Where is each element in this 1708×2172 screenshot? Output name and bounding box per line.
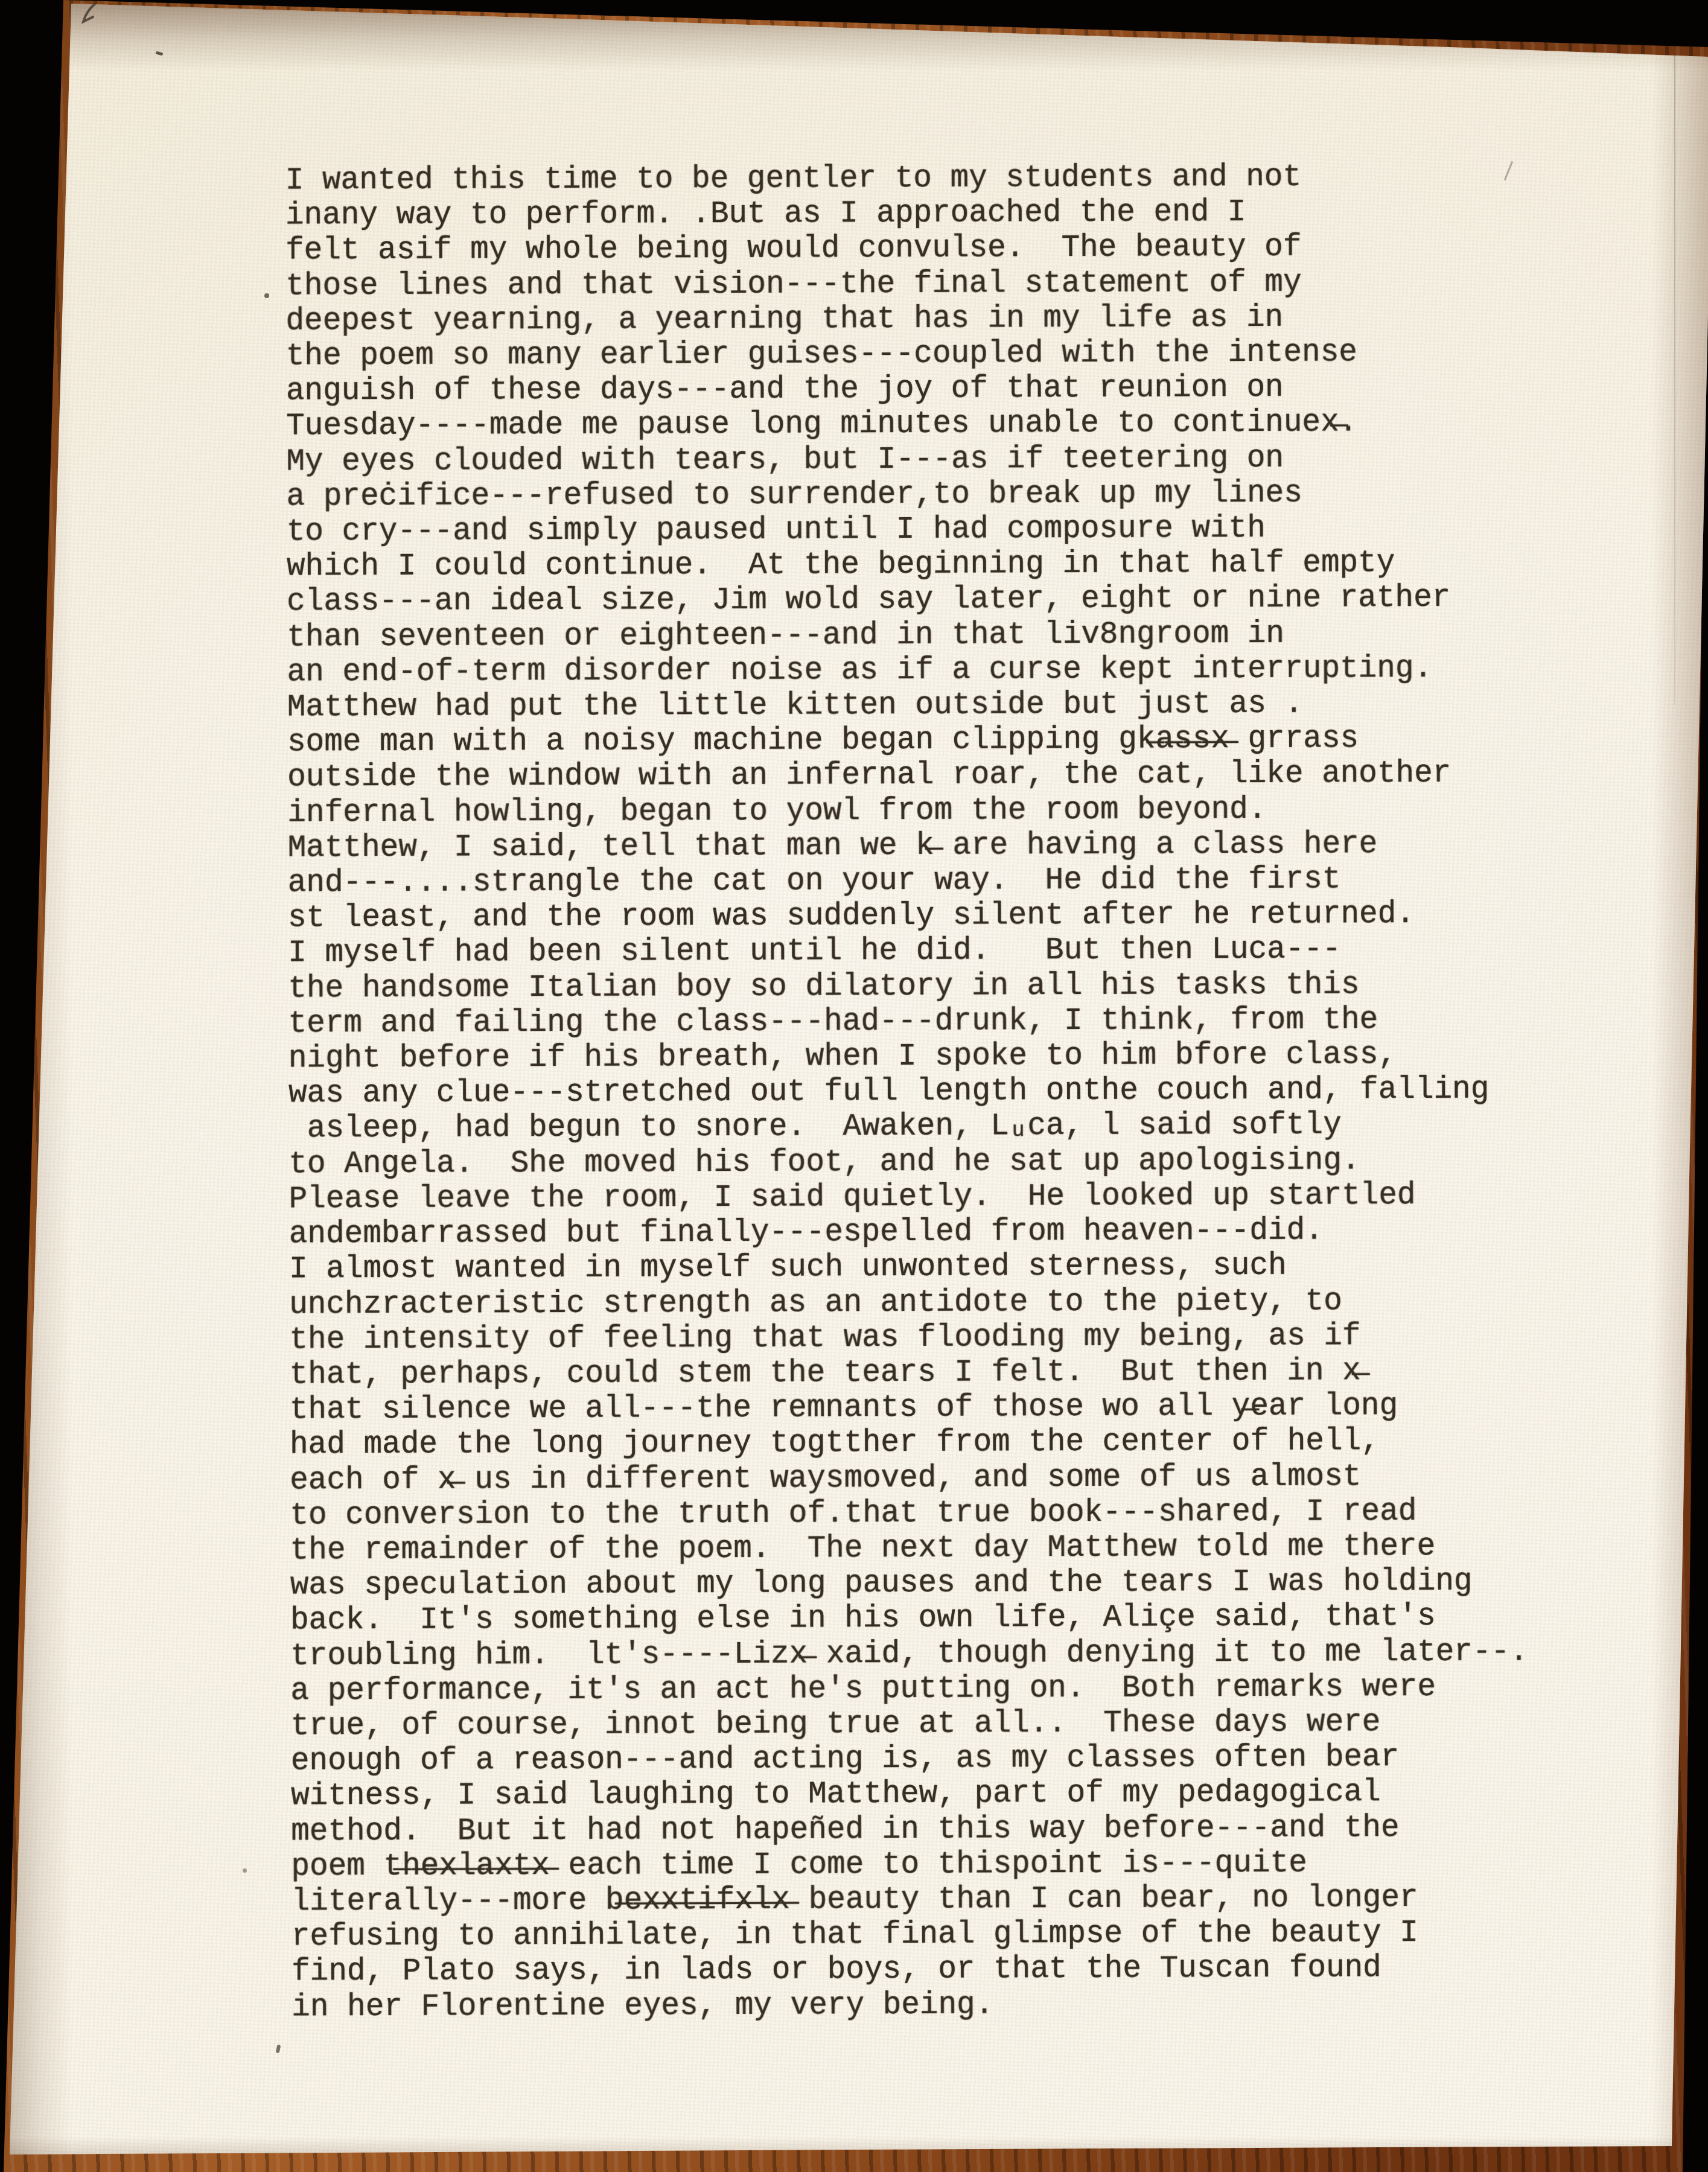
typed-line: I wanted this time to be gentler to my s… <box>285 159 1523 199</box>
typed-line: My eyes clouded with tears, but I---as i… <box>286 441 1524 480</box>
typed-line: to conversion to the truth of.that true … <box>290 1494 1528 1533</box>
typed-text: I wanted this time to be gentler to my s… <box>285 159 1529 2025</box>
typed-line: asleep, had begun to snore. Awaken, Lᵤca… <box>288 1108 1526 1147</box>
typed-line: witness, I said laughing to Matthew, par… <box>291 1775 1529 1815</box>
typed-line: find, Plato says, in lads or boys, or th… <box>292 1951 1529 1990</box>
typed-line: Matthew, I said, tell that man we k̶ are… <box>287 827 1525 866</box>
typed-line: in her Florentine eyes, my very being. <box>292 1986 1529 2025</box>
typed-line: than seventeen or eighteen---and in that… <box>287 616 1525 655</box>
typed-line: refusing to annihilate, in that final gl… <box>292 1916 1529 1955</box>
typed-line: troubling him. lt's----Lizx̶ xaid, thoug… <box>290 1635 1528 1674</box>
typed-line: that silence we all---the remnants of th… <box>290 1389 1528 1428</box>
typed-line: unchzracteristic strength as an antidote… <box>289 1284 1527 1323</box>
typed-line: to Angela. She moved his foot, and he sa… <box>288 1143 1526 1182</box>
typed-line: Please leave the room, I said quietly. H… <box>289 1178 1527 1217</box>
typed-line: the handsome Italian boy so dilatory in … <box>288 967 1526 1007</box>
typed-line: poem t̶h̶e̶x̶l̶a̶x̶t̶x̶ each time I come… <box>291 1846 1529 1885</box>
paper-crease-line <box>1674 53 1675 705</box>
typed-line: to cry---and simply paused until I had c… <box>287 511 1525 550</box>
typed-line: felt asif my whole being would convulse.… <box>285 230 1523 269</box>
pen-squiggle-mark <box>72 0 115 42</box>
typed-line: the intensity of feeling that was floodi… <box>289 1319 1527 1358</box>
scanned-photo: I wanted this time to be gentler to my s… <box>0 0 1708 2172</box>
typed-line: each of x̶ us in different waysmoved, an… <box>290 1459 1528 1498</box>
typed-line: Tuesday----made me pause long minutes un… <box>286 406 1524 445</box>
typed-line: enough of a reason---and acting is, as m… <box>291 1740 1529 1780</box>
typed-line: an end-of-term disorder noise as if a cu… <box>287 651 1525 690</box>
margin-dot-poem-line <box>243 1868 247 1873</box>
typed-line: was speculation about my long pauses and… <box>290 1565 1528 1604</box>
typed-line: that, perhaps, could stem the tears I fe… <box>290 1354 1528 1393</box>
typed-line: outside the window with an infernal roar… <box>287 757 1525 796</box>
typed-line: which I could continue. At the beginning… <box>287 546 1525 585</box>
typed-line: st least, and the room was suddenly sile… <box>288 897 1526 937</box>
typed-line: literally---more b̶e̶x̶x̶t̶i̶f̶x̶l̶x̶ be… <box>292 1881 1529 1920</box>
typed-line: night before if his breath, when I spoke… <box>288 1037 1526 1077</box>
typed-line: back. It's something else in his own lif… <box>290 1600 1528 1639</box>
margin-dot <box>264 293 269 298</box>
typed-line: had made the long journey togtther from … <box>290 1424 1528 1463</box>
typed-line: inany way to perform. .But as I approach… <box>285 195 1523 234</box>
typed-line: and---....strangle the cat on your way. … <box>288 862 1526 901</box>
typed-line: I almost wanted in myself such unwonted … <box>289 1249 1527 1288</box>
typed-line: I myself had been silent until he did. B… <box>288 932 1526 972</box>
typed-line: those lines and that vision---the final … <box>285 265 1523 304</box>
typed-line: anguish of these days---and the joy of t… <box>286 371 1524 410</box>
typed-line: true, of course, innot being true at all… <box>291 1705 1529 1744</box>
typed-line: term and failing the class---had---drunk… <box>288 1002 1526 1042</box>
typed-line: the remainder of the poem. The next day … <box>290 1529 1528 1568</box>
typed-line: a preċifice---refused to surrender,to br… <box>286 476 1524 515</box>
typed-line: deepest yearning, a yearning that has in… <box>285 300 1523 339</box>
typed-line: method. But it had not hapeñed in this w… <box>291 1811 1529 1850</box>
typed-line: class---an ideal size, Jim wold say late… <box>287 581 1525 620</box>
typed-line: was any clue---stretched out full length… <box>288 1073 1526 1112</box>
typed-line: infernal howling, began to yowl from the… <box>287 792 1525 831</box>
typed-line: andembarrassed but finally---espelled fr… <box>289 1214 1527 1253</box>
typed-line: a performance, it's an act he's putting … <box>290 1670 1528 1709</box>
typed-line: the poem so many earlier guises---couple… <box>286 335 1524 374</box>
typed-line: some man with a noisy machine began clip… <box>287 722 1525 761</box>
paper-sheet: I wanted this time to be gentler to my s… <box>0 0 1708 2172</box>
typed-line: Matthew had put the little kitten outsid… <box>287 686 1525 725</box>
